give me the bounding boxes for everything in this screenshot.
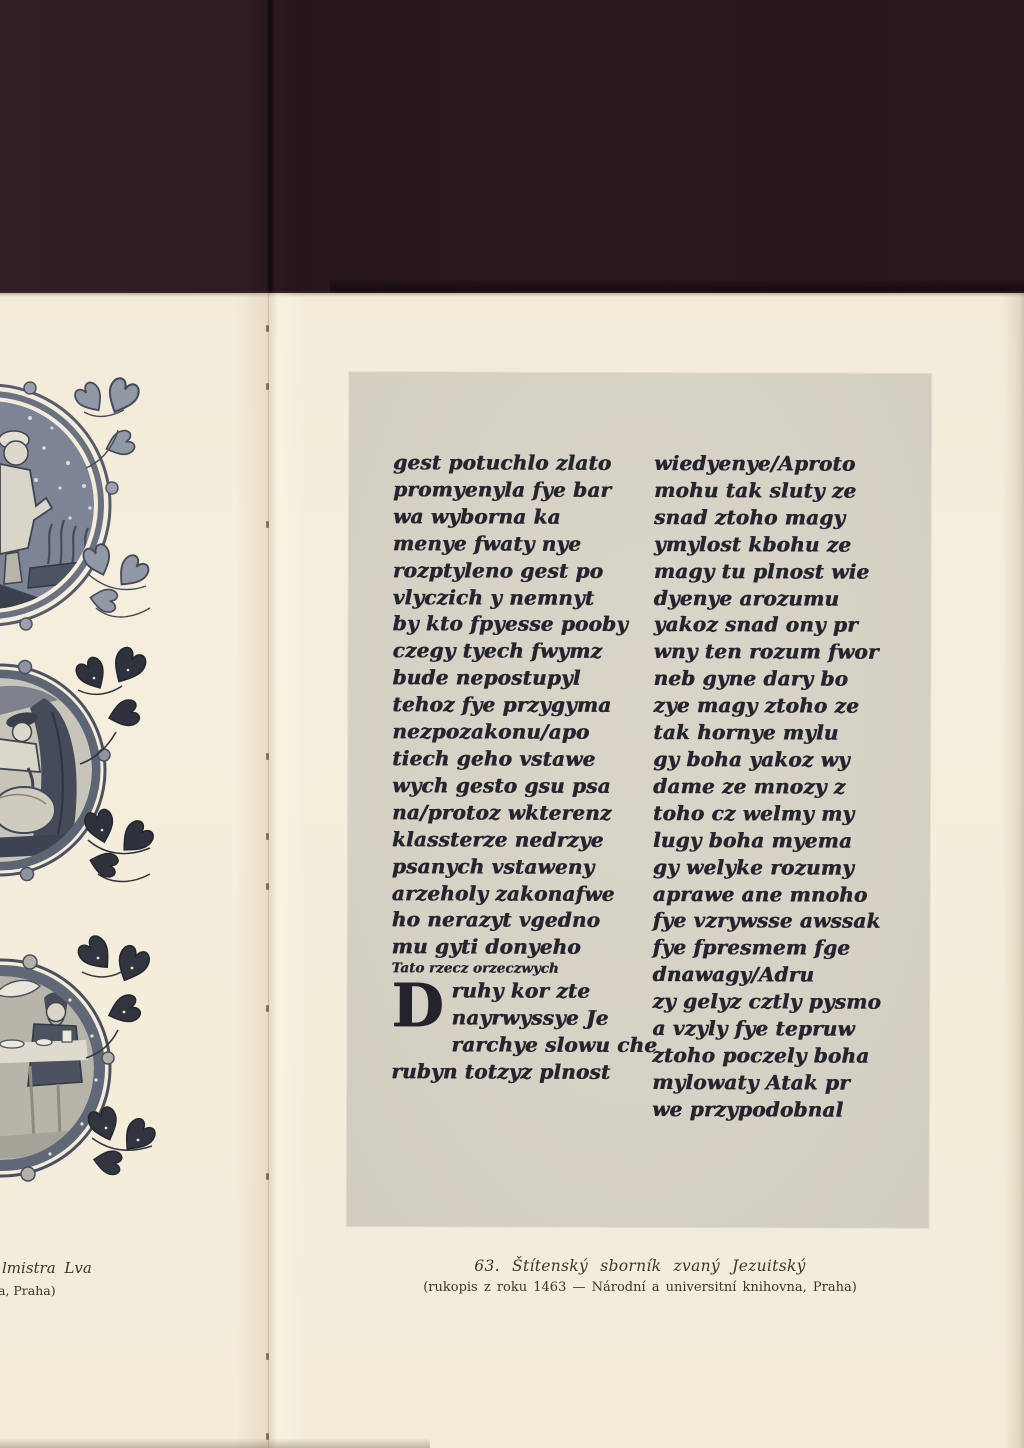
manuscript-line: lugy boha myema <box>653 827 921 855</box>
book-cover <box>0 0 1024 293</box>
manuscript-line: ztoho poczely boha <box>652 1042 920 1070</box>
manuscript-line: wiedyenye/Aproto <box>654 450 922 478</box>
binding-stitch <box>266 1173 269 1180</box>
manuscript-line: na/protoz wkterenz <box>392 799 654 827</box>
manuscript-line: arzeholy zakonafwe <box>392 880 654 908</box>
left-caption-line1: lmistra Lva <box>2 1259 120 1277</box>
manuscript-right-column: wiedyenye/Aprotomohu tak sluty zesnad zt… <box>652 450 922 1123</box>
binding-stitch <box>266 325 269 332</box>
manuscript-line: rubyn totzyz plnost <box>391 1058 653 1086</box>
medallion-2-bending-laborer <box>0 645 157 882</box>
manuscript-line: gy welyke rozumy <box>653 854 921 882</box>
manuscript-lines: gest potuchlo zlatopromyenyla fye barwa … <box>391 449 655 961</box>
manuscript-line: magy tu plnost wie <box>654 558 922 586</box>
manuscript-line: toho cz welmy my <box>653 800 921 828</box>
manuscript-line: rozptyleno gest po <box>393 557 655 585</box>
manuscript-line: bude nepostupyl <box>392 664 654 692</box>
manuscript-line: zy gelyz cztly pysmo <box>652 988 920 1016</box>
manuscript-line: yakoz snad ony pr <box>654 611 922 639</box>
caption-title: 63. Štítenský sborník zvaný Jezuitský <box>300 1257 980 1276</box>
manuscript-line: fye fpresmem fge <box>652 934 920 962</box>
binding-stitch <box>266 521 269 528</box>
illuminated-initial-D: D <box>391 981 443 1031</box>
manuscript-line: vlyczich y nemnyt <box>393 584 655 612</box>
manuscript-line: dame ze mnozy z <box>653 773 921 801</box>
manuscript-line: mohu tak sluty ze <box>654 477 922 505</box>
binding-stitch <box>266 1353 269 1360</box>
manuscript-line: wny ten rozum fwor <box>653 638 921 666</box>
manuscript-line: zye magy ztoho ze <box>653 692 921 720</box>
manuscript-line: ho nerazyt vgedno <box>392 907 654 935</box>
cover-edge-shadow <box>0 291 1024 297</box>
manuscript-line: gest potuchlo zlato <box>393 449 655 477</box>
manuscript-line: nezpozakonu/apo <box>392 718 654 746</box>
gutter-fold-line <box>268 293 269 1448</box>
manuscript-line: tehoz fye przygyma <box>392 691 654 719</box>
manuscript-line: gy boha yakoz wy <box>653 746 921 774</box>
manuscript-line: klassterze nedrzye <box>392 826 654 854</box>
left-caption-line2: a, Praha) <box>0 1283 120 1299</box>
manuscript-line: wa wyborna ka <box>393 503 655 531</box>
binding-stitch <box>266 383 269 390</box>
manuscript-line: czegy tyech fwymz <box>392 638 654 666</box>
manuscript-line: we przypodobnal <box>652 1096 920 1124</box>
manuscript-line: by kto fpyesse pooby <box>393 611 655 639</box>
page-bottom-shadow <box>0 1438 430 1448</box>
manuscript-line: fye vzrywsse awssak <box>653 907 921 935</box>
interlinear-line: Tato rzecz orzeczwych <box>391 961 653 977</box>
facsimile-plate: gest potuchlo zlatopromyenyla fye barwa … <box>347 372 932 1228</box>
manuscript-line: snad ztoho magy <box>654 504 922 532</box>
manuscript-line: mylowaty Atak pr <box>652 1069 920 1097</box>
manuscript-line: wych gesto gsu psa <box>392 772 654 800</box>
page-right-edge-shadow <box>1002 293 1024 1448</box>
manuscript-line: dnawagy/Adru <box>652 961 920 989</box>
plate-caption: 63. Štítenský sborník zvaný Jezuitský (r… <box>300 1257 980 1296</box>
manuscript-line: neb gyne dary bo <box>653 665 921 693</box>
caption-subtitle: (rukopis z roku 1463 — Národní a univers… <box>300 1279 980 1296</box>
manuscript-line: dyenye arozumu <box>654 585 922 613</box>
binding-stitch <box>266 753 269 760</box>
manuscript-line: promyenyla fye bar <box>393 476 655 504</box>
manuscript-line: tak hornye mylu <box>653 719 921 747</box>
manuscript-line: ymylost kbohu ze <box>654 531 922 559</box>
manuscript-line: a vzyly fye tepruw <box>652 1015 920 1043</box>
page-gutter <box>236 293 306 1448</box>
medallion-1-figure-by-fire <box>0 376 152 630</box>
binding-stitch <box>266 833 269 840</box>
book-photograph: gest potuchlo zlatopromyenyla fye barwa … <box>0 0 1024 1448</box>
manuscript-line: tiech geho vstawe <box>392 745 654 773</box>
medallion-3-man-at-table <box>0 933 158 1181</box>
manuscript-line: mu gyti donyeho <box>391 934 653 962</box>
cover-seam <box>266 0 275 293</box>
binding-stitch <box>266 883 269 890</box>
manuscript-line: psanych vstaweny <box>392 853 654 881</box>
manuscript-line: menye fwaty nye <box>393 530 655 558</box>
left-page-caption-fragment: lmistra Lva a, Praha) <box>0 1259 120 1299</box>
binding-stitch <box>266 1005 269 1012</box>
manuscript-lines: wiedyenye/Aprotomohu tak sluty zesnad zt… <box>652 450 922 1123</box>
left-page-illustrations <box>0 368 165 1238</box>
initial-paragraph: D ruhy kor ztenayrwyssye Jerarchye slowu… <box>391 977 653 1085</box>
manuscript-line: aprawe ane mnoho <box>653 881 921 909</box>
manuscript-left-column: gest potuchlo zlatopromyenyla fye barwa … <box>391 449 655 1086</box>
